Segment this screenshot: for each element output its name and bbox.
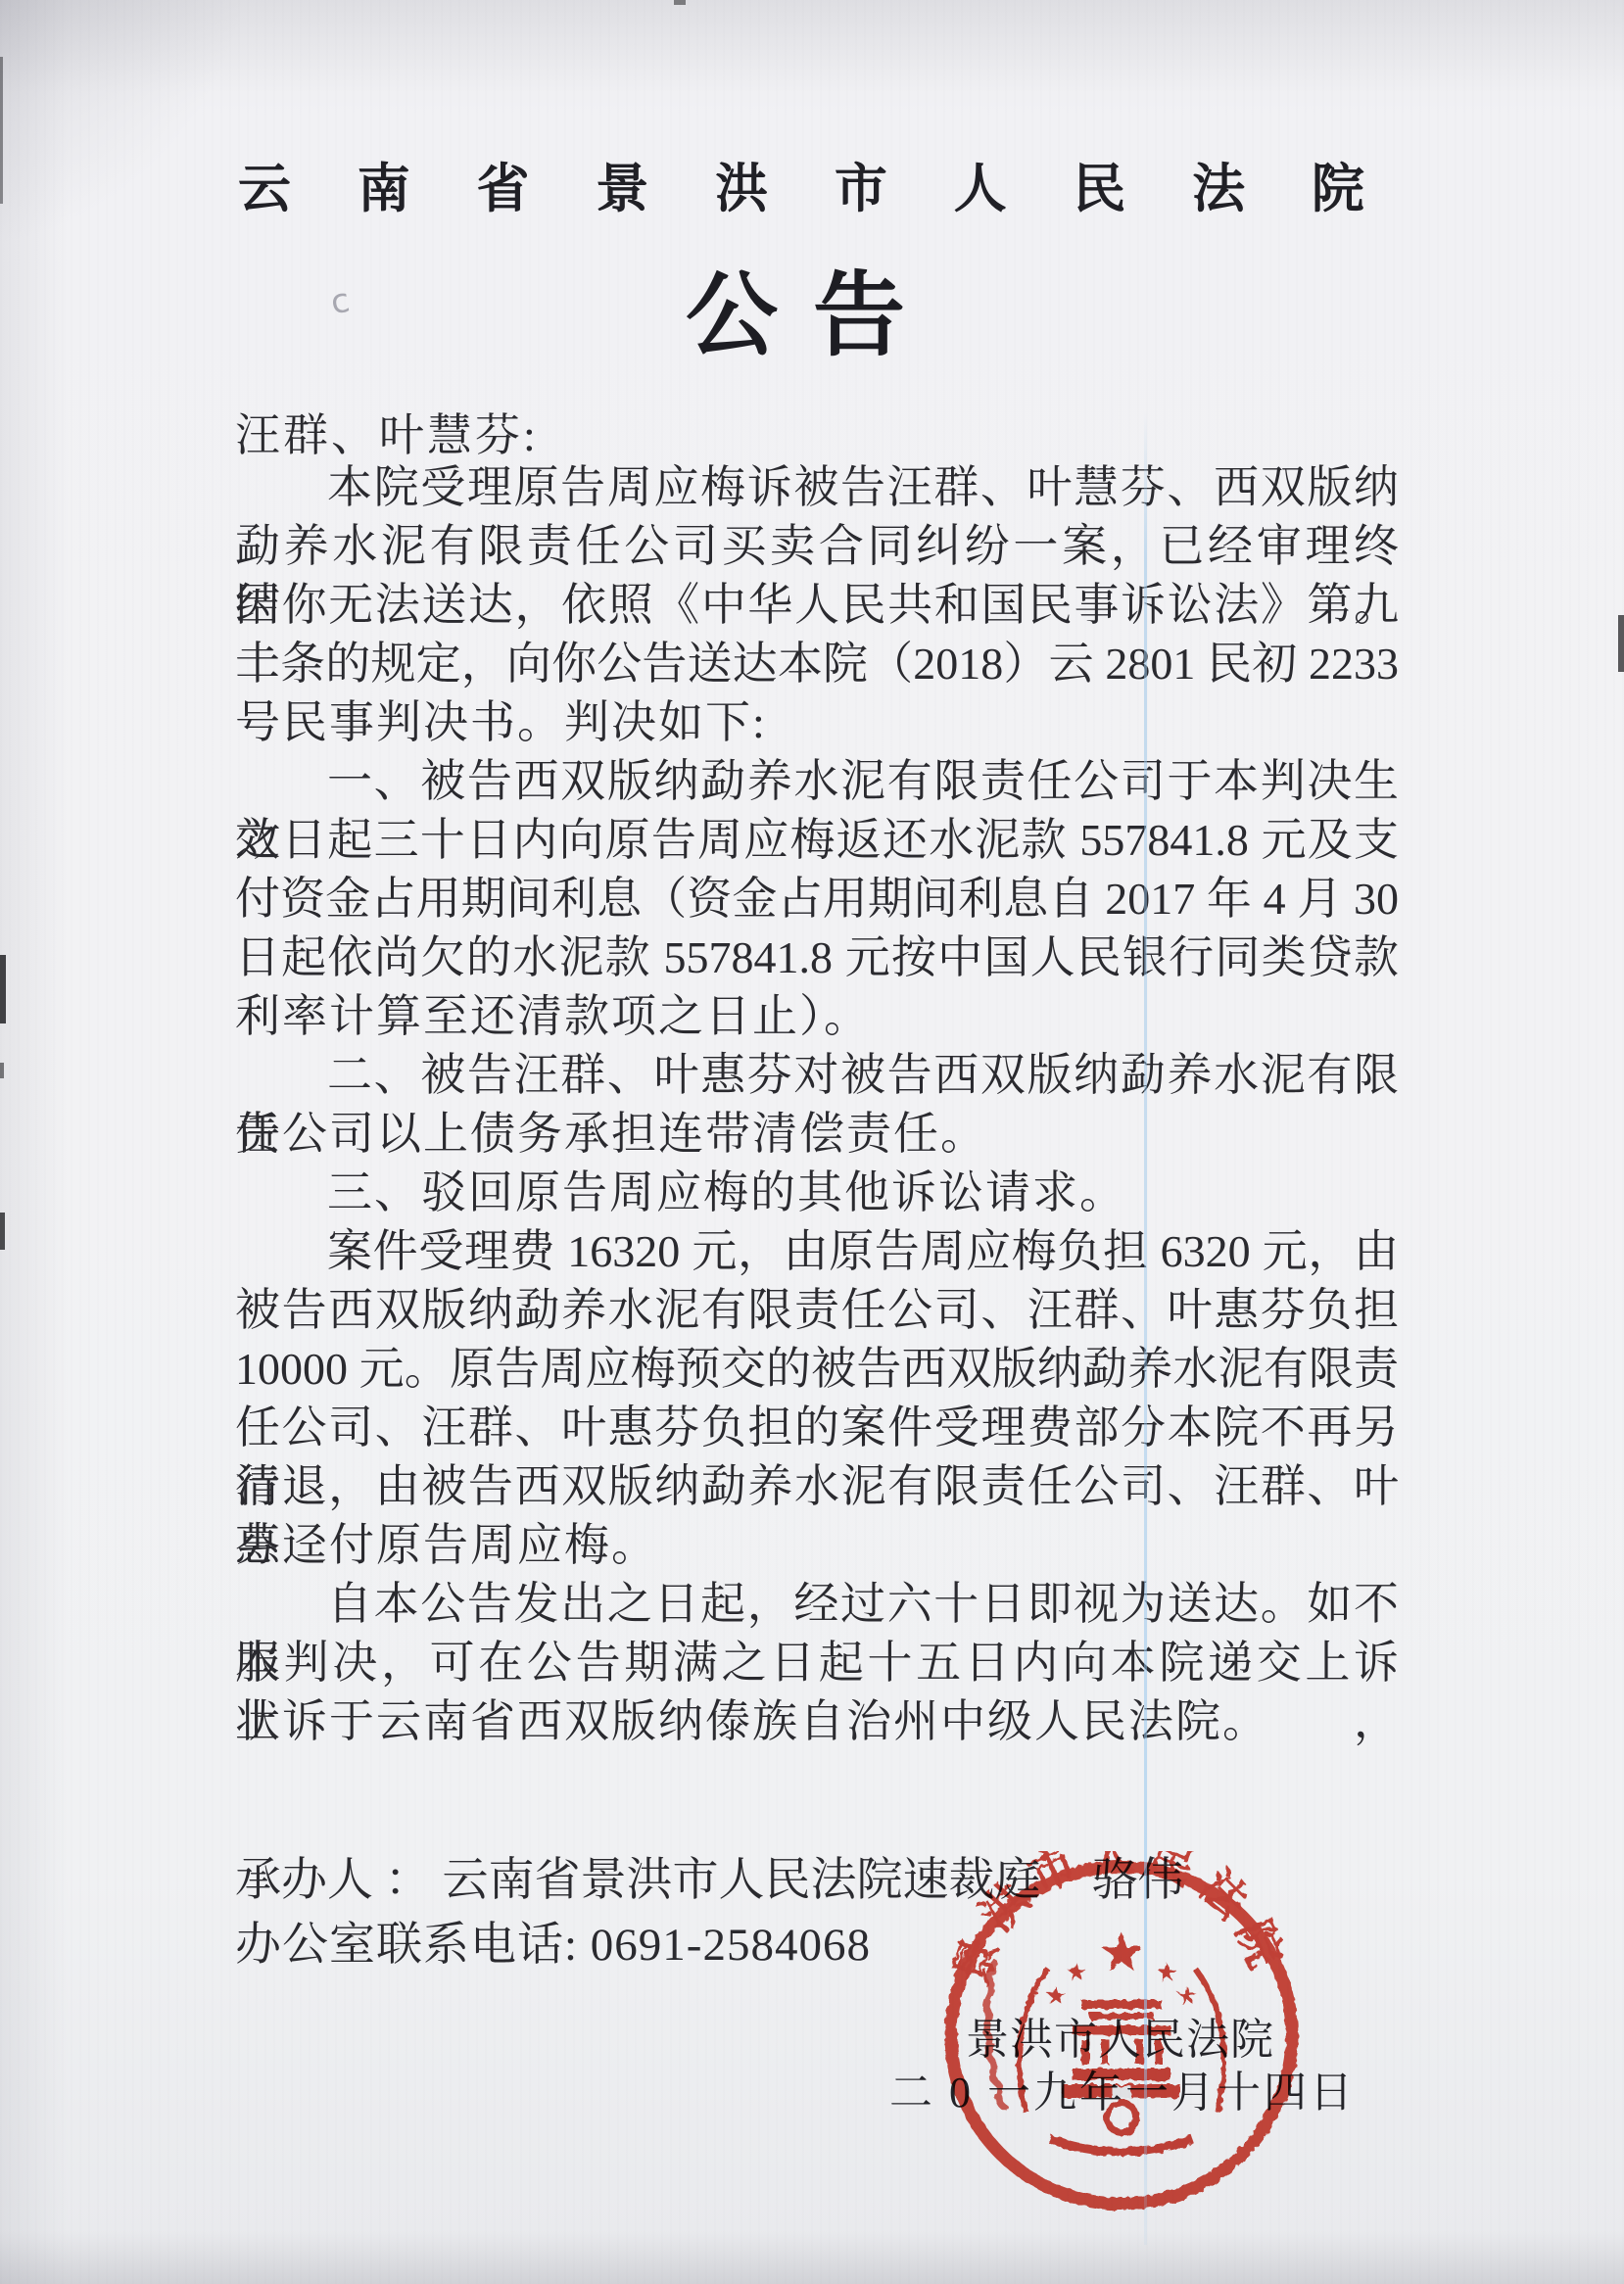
court-title-char: 云 — [238, 147, 291, 222]
body-line: 日起依尚欠的水泥款 557841.8 元按中国人民银行同类贷款 — [235, 928, 1399, 987]
body-line: 任公司以上债务承担连带清偿责任。 — [235, 1105, 1399, 1164]
court-title-char: 洪 — [715, 147, 768, 222]
body-line: 付资金占用期间利息（资金占用期间利息自 2017 年 4 月 30 — [235, 870, 1399, 928]
svg-text:★: ★ — [1156, 1958, 1177, 1986]
court-title-char: 民 — [1073, 147, 1125, 222]
svg-text:★: ★ — [1098, 1922, 1145, 1983]
court-title-char: 市 — [835, 147, 887, 222]
body-line: 勐养水泥有限责任公司买卖合同纠纷一案，已经审理终结。 — [235, 517, 1399, 576]
scan-shadow-corner — [0, 0, 255, 255]
court-title-char: 院 — [1312, 147, 1364, 222]
body-line: 被告西双版纳勐养水泥有限责任公司、汪群、叶惠芬负担 — [235, 1281, 1399, 1340]
body-line: 因你无法送达，依照《中华人民共和国民事诉讼法》第九十 — [235, 576, 1399, 635]
scan-artifact — [0, 1213, 5, 1250]
body-line: 之日起三十日内向原告周应梅返还水泥款 557841.8 元及支 — [235, 811, 1399, 870]
scan-artifact-blue-line — [1144, 411, 1147, 2245]
body-line: 清退，由被告西双版纳勐养水泥有限责任公司、汪群、叶惠 — [235, 1457, 1399, 1516]
body-line: 本判决，可在公告期满之日起十五日内向本院递交上诉状， — [235, 1634, 1399, 1692]
body-line: 任公司、汪群、叶惠芬负担的案件受理费部分本院不再另行 — [235, 1399, 1399, 1457]
scan-artifact — [0, 57, 3, 204]
notice-title: 公告 — [686, 241, 940, 373]
body-line: 案件受理费 16320 元，由原告周应梅负担 6320 元，由 — [235, 1222, 1399, 1281]
svg-text:★: ★ — [1045, 1981, 1067, 2010]
svg-text:★: ★ — [1176, 1981, 1198, 2010]
body-line: 号民事判决书。判决如下: — [235, 693, 1399, 752]
svg-text:★: ★ — [1066, 1958, 1087, 1986]
scan-shadow-left — [0, 0, 69, 2284]
body-line: 利率计算至还清款项之日止）。 — [235, 987, 1399, 1046]
scan-artifact — [1618, 615, 1624, 672]
body-line: 二、被告汪群、叶惠芬对被告西双版纳勐养水泥有限责 — [235, 1046, 1399, 1105]
body-line: 一、被告西双版纳勐养水泥有限责任公司于本判决生效 — [235, 752, 1399, 811]
national-emblem: ★ ★ ★ ★ ★ — [1020, 1922, 1224, 2152]
court-title-char: 景 — [596, 147, 648, 222]
body-line: 10000 元。原告周应梅预交的被告西双版纳勐养水泥有限责 — [235, 1340, 1399, 1399]
office-phone-line: 办公室联系电话: 0691-2584068 — [235, 1908, 871, 1974]
body-line: 上诉于云南省西双版纳傣族自治州中级人民法院。 — [235, 1692, 1399, 1751]
scanned-court-notice: 云南省景洪市人民法院 公告 汪群、叶慧芬: 本院受理原告周应梅诉被告汪群、叶慧芬… — [0, 0, 1624, 2284]
court-title: 云南省景洪市人民法院 — [238, 147, 1364, 222]
body-text: 本院受理原告周应梅诉被告汪群、叶慧芬、西双版纳勐养水泥有限责任公司买卖合同纠纷一… — [235, 458, 1399, 1751]
scan-artifact — [0, 1063, 4, 1078]
court-title-char: 人 — [954, 147, 1007, 222]
body-line: 本院受理原告周应梅诉被告汪群、叶慧芬、西双版纳 — [235, 458, 1399, 517]
handler-label: 承办人 ： 云南省景洪市人民法院速裁庭 — [235, 1855, 1041, 1906]
court-seal-stamp: 景洪市人民法院 ★ ★ ★ ★ ★ — [931, 1851, 1313, 2219]
body-line: 自本公告发出之日起，经过六十日即视为送达。如不服 — [235, 1575, 1399, 1634]
court-title-char: 省 — [477, 147, 530, 222]
scan-artifact — [0, 955, 6, 1023]
salutation: 汪群、叶慧芬: — [235, 400, 539, 464]
body-line: 三、驳回原告周应梅的其他诉讼请求。 — [235, 1164, 1399, 1222]
body-line: 芬迳付原告周应梅。 — [235, 1516, 1399, 1575]
court-title-char: 南 — [358, 147, 410, 222]
scan-artifact — [674, 0, 686, 5]
scan-shadow-bottom — [0, 2230, 1624, 2284]
court-title-char: 法 — [1192, 147, 1245, 222]
body-line: 二条的规定，向你公告送达本院（2018）云 2801 民初 2233 — [235, 635, 1399, 693]
